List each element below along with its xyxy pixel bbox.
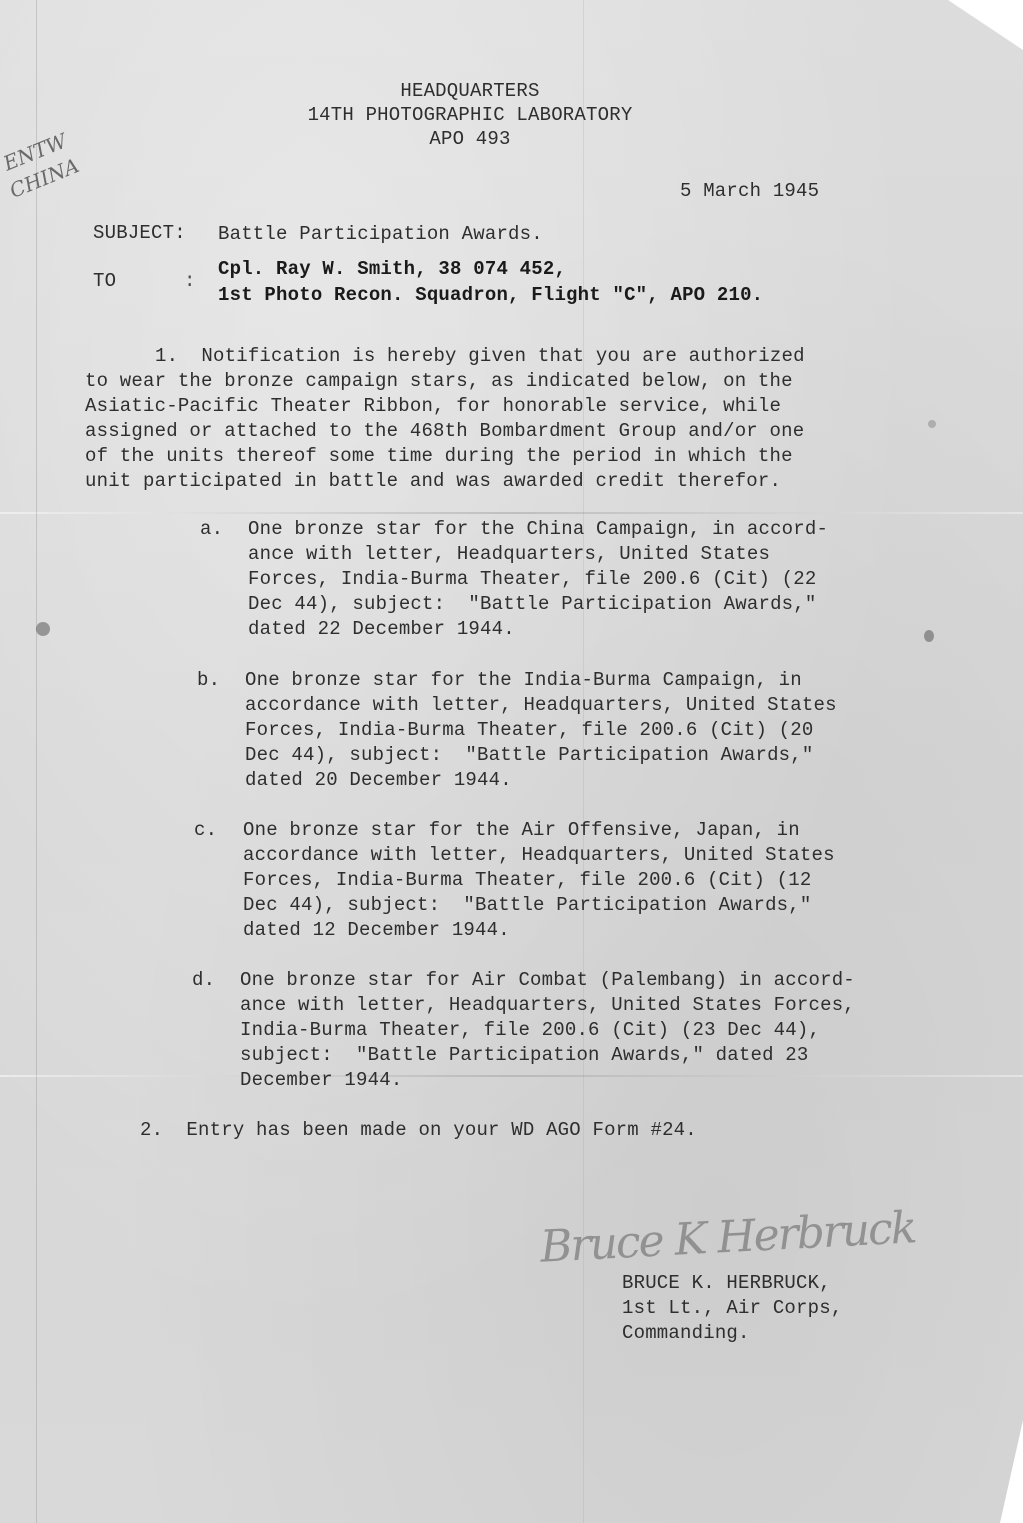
item-line: Forces, India-Burma Theater, file 200.6 … xyxy=(248,568,817,590)
recipient-line: 1st Photo Recon. Squadron, Flight "C", A… xyxy=(218,284,763,306)
letterhead-line: APO 493 xyxy=(270,128,670,150)
item-line: ance with letter, Headquarters, United S… xyxy=(248,543,770,565)
item-line: One bronze star for Air Combat (Palemban… xyxy=(240,969,855,991)
signature-name: BRUCE K. HERBRUCK, xyxy=(622,1272,831,1294)
paper-crease xyxy=(36,0,37,1523)
paragraph-line: to wear the bronze campaign stars, as in… xyxy=(85,370,793,392)
item-line: subject: "Battle Participation Awards," … xyxy=(240,1044,809,1066)
item-line: ance with letter, Headquarters, United S… xyxy=(240,994,855,1016)
letterhead-line: 14TH PHOTOGRAPHIC LABORATORY xyxy=(270,104,670,126)
paragraph-line: 1. Notification is hereby given that you… xyxy=(155,345,805,367)
paragraph-line: assigned or attached to the 468th Bombar… xyxy=(85,420,804,442)
paragraph-line: unit participated in battle and was awar… xyxy=(85,470,781,492)
ink-stain xyxy=(924,630,934,642)
paper-fold-line xyxy=(0,512,1023,514)
item-line: One bronze star for the India-Burma Camp… xyxy=(245,669,802,691)
subject-text: Battle Participation Awards. xyxy=(218,223,543,245)
letterhead-line: HEADQUARTERS xyxy=(270,80,670,102)
paper-fold-line xyxy=(0,1075,1023,1077)
item-marker: c. xyxy=(194,819,217,841)
paragraph-line: of the units thereof some time during th… xyxy=(85,445,793,467)
item-line: One bronze star for the Air Offensive, J… xyxy=(243,819,800,841)
item-line: December 1944. xyxy=(240,1069,402,1091)
item-line: accordance with letter, Headquarters, Un… xyxy=(243,844,835,866)
signature-rank: 1st Lt., Air Corps, xyxy=(622,1297,842,1319)
item-line: dated 20 December 1944. xyxy=(245,769,512,791)
item-line: Forces, India-Burma Theater, file 200.6 … xyxy=(243,869,812,891)
item-line: dated 12 December 1944. xyxy=(243,919,510,941)
letter-date: 5 March 1945 xyxy=(680,180,819,202)
item-line: Dec 44), subject: "Battle Participation … xyxy=(248,593,817,615)
signature-title: Commanding. xyxy=(622,1322,750,1344)
to-separator: : xyxy=(184,270,196,292)
paragraph-line: Asiatic-Pacific Theater Ribbon, for hono… xyxy=(85,395,781,417)
item-line: dated 22 December 1944. xyxy=(248,618,515,640)
item-line: One bronze star for the China Campaign, … xyxy=(248,518,828,540)
item-marker: b. xyxy=(197,669,220,691)
paragraph-2: 2. Entry has been made on your WD AGO Fo… xyxy=(140,1119,697,1141)
subject-label: SUBJECT: xyxy=(93,222,186,244)
item-marker: a. xyxy=(200,518,223,540)
item-line: Dec 44), subject: "Battle Participation … xyxy=(243,894,812,916)
item-marker: d. xyxy=(192,969,215,991)
item-line: Dec 44), subject: "Battle Participation … xyxy=(245,744,814,766)
recipient-line: Cpl. Ray W. Smith, 38 074 452, xyxy=(218,258,566,280)
ink-stain xyxy=(36,622,50,636)
item-line: Forces, India-Burma Theater, file 200.6 … xyxy=(245,719,814,741)
item-line: India-Burma Theater, file 200.6 (Cit) (2… xyxy=(240,1019,820,1041)
ink-stain xyxy=(928,420,936,428)
item-line: accordance with letter, Headquarters, Un… xyxy=(245,694,837,716)
to-label: TO xyxy=(93,270,116,292)
